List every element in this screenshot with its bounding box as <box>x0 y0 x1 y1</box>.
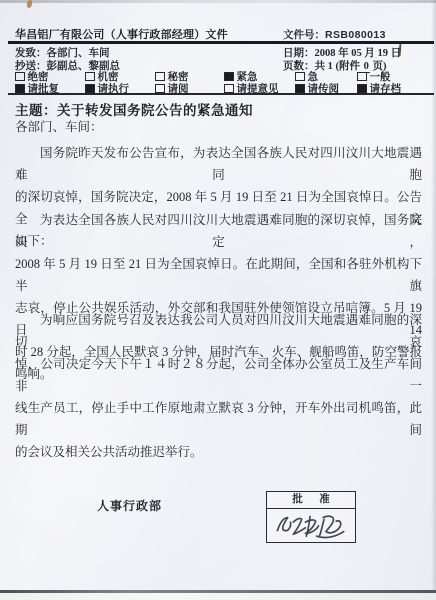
scanned-document: 华昌铝厂有限公司（人事行政部经理）文件 文件号：RSB080013 发致：各部门… <box>0 0 436 600</box>
scan-bottom-edge <box>0 590 436 593</box>
checkbox-icon <box>85 72 95 82</box>
checkbox-icon <box>155 72 165 82</box>
checkbox-icon <box>224 84 234 94</box>
subject-label: 主题： <box>15 103 57 118</box>
checkbox-icon <box>295 72 305 82</box>
checkbox-icon <box>85 84 95 94</box>
file-number-value: RSB080013 <box>325 29 386 41</box>
scan-top-edge <box>0 0 436 3</box>
scan-speck <box>26 0 33 8</box>
header-rule <box>8 41 434 44</box>
subject-line: 主题：关于转发国务院公告的紧急通知 <box>15 99 253 119</box>
scan-right-shadow <box>431 0 436 600</box>
paragraph-line: 线生产员工，停止手中工作原地肃立默哀 3 分钟，开车外出司机鸣笛，此期间 <box>15 397 422 441</box>
approval-box: 批 准 <box>266 491 356 543</box>
approval-signature <box>271 511 351 539</box>
file-number-label: 文件号： <box>283 30 325 41</box>
scan-below-paper <box>0 593 436 600</box>
checkbox-rule <box>8 93 434 95</box>
checkbox-icon <box>357 72 367 82</box>
paragraph-3: 为响应国务院号召及表达我公司人员对四川汶川大地震遇难同胞的深切哀 悼，公司决定今… <box>15 309 422 463</box>
salutation: 各部门、车间： <box>15 117 103 135</box>
paragraph-line: 2008 年 5 月 19 日至 21 日为全国哀悼日。在此期间，全国和各驻外机… <box>15 253 422 297</box>
paragraph-line: 为表达全国各族人民对四川汶川大地震遇难同胞的深切哀悼，国务院决定， <box>15 209 422 253</box>
checkbox-icon <box>295 84 305 94</box>
subject-text: 关于转发国务院公告的紧急通知 <box>57 103 253 118</box>
approval-signature-cell <box>267 509 355 540</box>
paragraph-line: 为响应国务院号召及表达我公司人员对四川汶川大地震遇难同胞的深切哀 <box>15 309 422 353</box>
issuing-department: 人事行政部 <box>97 497 162 514</box>
paragraph-line: 的会议及相关公共活动推迟举行。 <box>15 441 422 463</box>
paragraph-line: 国务院昨天发布公告宣布，为表达全国各族人民对四川汶川大地震遇难同胞 <box>15 142 422 186</box>
checkbox-icon <box>15 72 25 82</box>
paragraph-line: 悼，公司决定今天下午１４时２８分起，公司全体办公室员工及生产车间非一 <box>15 353 422 397</box>
checkbox-icon <box>224 72 234 82</box>
checkbox-icon <box>155 84 165 94</box>
checkbox-icon <box>15 84 25 94</box>
checkbox-icon <box>357 84 367 94</box>
approval-label: 批 准 <box>267 492 355 509</box>
